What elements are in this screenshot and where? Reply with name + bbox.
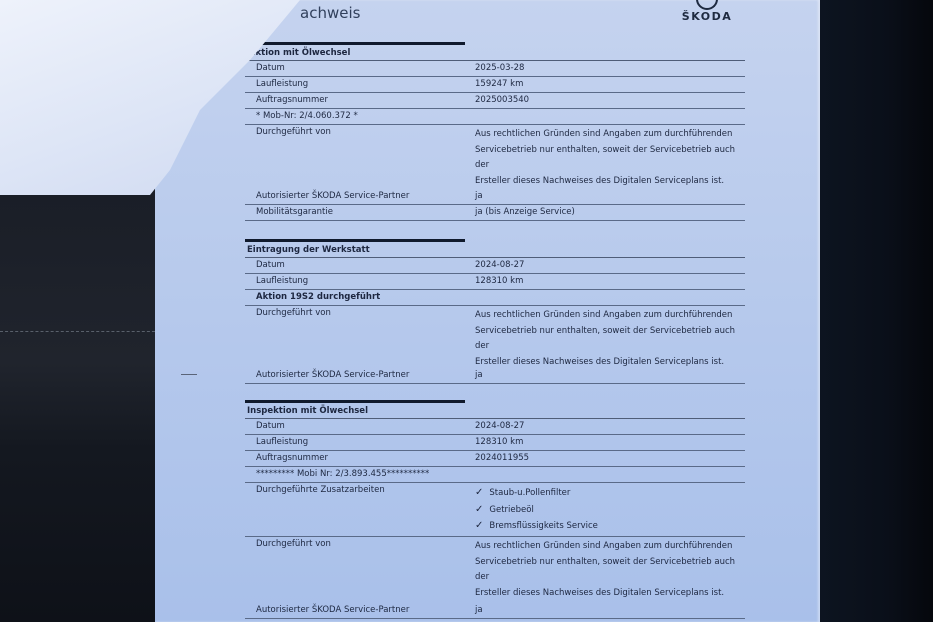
section-title: Eintragung der Werkstatt — [245, 242, 745, 258]
table-row: Durchgeführte Zusatzarbeiten ✓Staub-u.Po… — [245, 483, 745, 537]
table-row: Laufleistung 159247 km — [245, 77, 745, 93]
skoda-logo-icon — [696, 0, 718, 10]
table-row: Datum 2024-08-27 — [245, 419, 745, 435]
table-row: Durchgeführt von Aus rechtlichen Gründen… — [245, 125, 745, 189]
table-row: Datum 2025-03-28 — [245, 61, 745, 77]
margin-mark — [181, 374, 197, 375]
brand-name: ŠKODA — [672, 10, 742, 23]
table-row: Durchgeführt von Aus rechtlichen Gründen… — [245, 537, 745, 603]
table-row: Aktion 19S2 durchgeführt — [245, 290, 745, 306]
table-row: Autorisierter ŠKODA Service-Partner ja — [245, 368, 745, 384]
checklist-item: ✓Getriebeöl — [475, 502, 745, 519]
document-title: achweis — [300, 4, 360, 22]
dark-background-right — [820, 0, 933, 622]
section-inspection-2025: …ktion mit Ölwechsel Datum 2025-03-28 La… — [245, 42, 745, 221]
extra-work-checklist: ✓Staub-u.Pollenfilter ✓Getriebeöl ✓Brems… — [475, 485, 745, 535]
brand-logo: ŠKODA — [672, 0, 742, 23]
checklist-item: ✓Bremsflüssigkeits Service — [475, 518, 745, 535]
table-row: Autorisierter ŠKODA Service-Partner ja — [245, 189, 745, 205]
car-seat-background — [0, 190, 175, 622]
table-row: Datum 2024-08-27 — [245, 258, 745, 274]
table-row: * Mob-Nr: 2/4.060.372 * — [245, 109, 745, 125]
checkmark-icon: ✓ — [475, 504, 483, 515]
table-row: Autorisierter ŠKODA Service-Partner ja — [245, 603, 745, 619]
table-row: Mobilitätsgarantie ja (bis Anzeige Servi… — [245, 205, 745, 221]
checkmark-icon: ✓ — [475, 520, 483, 531]
section-title: …ktion mit Ölwechsel — [245, 45, 745, 61]
table-row: Laufleistung 128310 km — [245, 274, 745, 290]
section-workshop-entry: Eintragung der Werkstatt Datum 2024-08-2… — [245, 239, 745, 384]
checkmark-icon: ✓ — [475, 487, 483, 498]
section-inspection-2024: Inspektion mit Ölwechsel Datum 2024-08-2… — [245, 400, 745, 619]
section-title: Inspektion mit Ölwechsel — [245, 403, 745, 419]
table-row: Auftragsnummer 2024011955 — [245, 451, 745, 467]
table-row: ********* Mobi Nr: 2/3.893.455********** — [245, 467, 745, 483]
seat-stitching — [0, 331, 160, 332]
table-row: Durchgeführt von Aus rechtlichen Gründen… — [245, 306, 745, 368]
table-row: Laufleistung 128310 km — [245, 435, 745, 451]
table-row: Auftragsnummer 2025003540 — [245, 93, 745, 109]
checklist-item: ✓Staub-u.Pollenfilter — [475, 485, 745, 502]
